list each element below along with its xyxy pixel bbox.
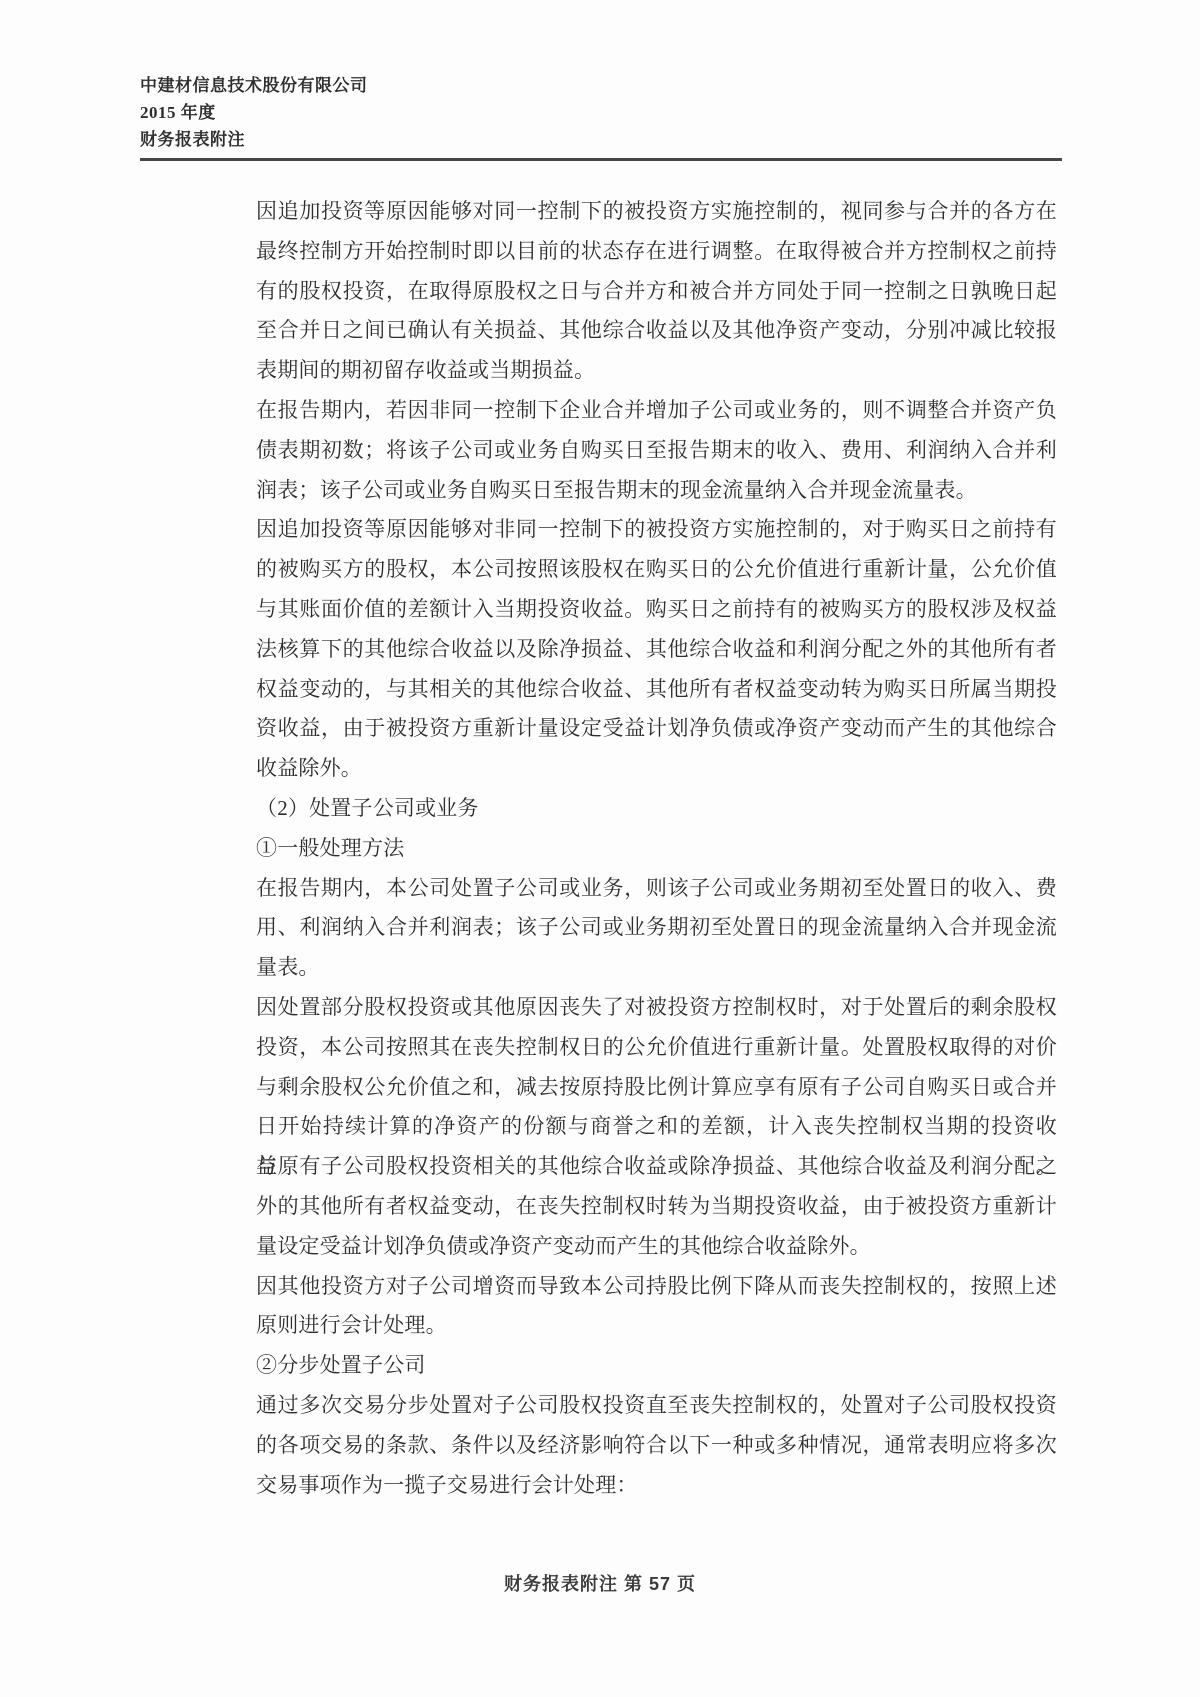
header-company-name: 中建材信息技术股份有限公司 [140, 72, 1062, 99]
body-text-line: 交易事项作为一揽子交易进行会计处理： [256, 1466, 1057, 1506]
section-heading: （2）处置子公司或业务 [256, 789, 1057, 829]
body-text-line: 因处置部分股权投资或其他原因丧失了对被投资方控制权时，对于处置后的剩余股权 [256, 988, 1057, 1028]
body-text-line: 法核算下的其他综合收益以及除净损益、其他综合收益和利润分配之外的其他所有者 [256, 630, 1057, 670]
body-text-line: 用、利润纳入合并利润表；该子公司或业务期初至处置日的现金流量纳入合并现金流 [256, 908, 1057, 948]
body-text-line: 润表；该子公司或业务自购买日至报告期末的现金流量纳入合并现金流量表。 [256, 471, 1057, 511]
body-text-line: 与原有子公司股权投资相关的其他综合收益或除净损益、其他综合收益及利润分配之 [256, 1147, 1057, 1187]
body-text-line: 日开始持续计算的净资产的份额与商誉之和的差额，计入丧失控制权当期的投资收益。 [256, 1107, 1057, 1147]
body-text-line: 投资，本公司按照其在丧失控制权日的公允价值进行重新计量。处置股权取得的对价 [256, 1028, 1057, 1068]
body-text-line: 因其他投资方对子公司增资而导致本公司持股比例下降从而丧失控制权的，按照上述 [256, 1267, 1057, 1307]
document-page: 中建材信息技术股份有限公司 2015 年度 财务报表附注 因追加投资等原因能够对… [0, 0, 1200, 1697]
body-text-line: 与其账面价值的差额计入当期投资收益。购买日之前持有的被购买方的股权涉及权益 [256, 590, 1057, 630]
body-text-line: 至合并日之间已确认有关损益、其他综合收益以及其他净资产变动，分别冲减比较报 [256, 311, 1057, 351]
header-doc-title: 财务报表附注 [140, 126, 1062, 153]
body-text-line: 因追加投资等原因能够对同一控制下的被投资方实施控制的，视同参与合并的各方在 [256, 192, 1057, 232]
body-text-line: 表期间的期初留存收益或当期损益。 [256, 351, 1057, 391]
body-text-line: 因追加投资等原因能够对非同一控制下的被投资方实施控制的，对于购买日之前持有 [256, 510, 1057, 550]
footer-page-number: 财务报表附注 第 57 页 [504, 1574, 696, 1594]
body-text-line: 有的股权投资，在取得原股权之日与合并方和被合并方同处于同一控制之日孰晚日起 [256, 272, 1057, 312]
body-text-line: 资收益，由于被投资方重新计量设定受益计划净负债或净资产变动而产生的其他综合 [256, 709, 1057, 749]
body-text-line: 权益变动的，与其相关的其他综合收益、其他所有者权益变动转为购买日所属当期投 [256, 670, 1057, 710]
body-text-line: 与剩余股权公允价值之和，减去按原持股比例计算应享有原有子公司自购买日或合并 [256, 1068, 1057, 1108]
body-text-line: 量表。 [256, 948, 1057, 988]
body-text-line: 原则进行会计处理。 [256, 1306, 1057, 1346]
section-heading: ②分步处置子公司 [256, 1346, 1057, 1386]
section-heading: ①一般处理方法 [256, 829, 1057, 869]
body-text-line: 的各项交易的条款、条件以及经济影响符合以下一种或多种情况，通常表明应将多次 [256, 1426, 1057, 1466]
body-text-line: 债表期初数；将该子公司或业务自购买日至报告期末的收入、费用、利润纳入合并利 [256, 431, 1057, 471]
body-text-line: 收益除外。 [256, 749, 1057, 789]
body-text-line: 在报告期内，若因非同一控制下企业合并增加子公司或业务的，则不调整合并资产负 [256, 391, 1057, 431]
document-body: 因追加投资等原因能够对同一控制下的被投资方实施控制的，视同参与合并的各方在最终控… [256, 192, 1057, 1505]
body-text-line: 量设定受益计划净负债或净资产变动而产生的其他综合收益除外。 [256, 1227, 1057, 1267]
body-text-line: 在报告期内，本公司处置子公司或业务，则该子公司或业务期初至处置日的收入、费 [256, 869, 1057, 909]
body-text-line: 最终控制方开始控制时即以目前的状态存在进行调整。在取得被合并方控制权之前持 [256, 232, 1057, 272]
header-divider-rule [140, 158, 1062, 161]
header-fiscal-year: 2015 年度 [140, 99, 1062, 126]
page-footer: 财务报表附注 第 57 页 [0, 1570, 1200, 1596]
body-text-line: 外的其他所有者权益变动，在丧失控制权时转为当期投资收益，由于被投资方重新计 [256, 1187, 1057, 1227]
body-text-line: 通过多次交易分步处置对子公司股权投资直至丧失控制权的，处置对子公司股权投资 [256, 1386, 1057, 1426]
body-text-line: 的被购买方的股权，本公司按照该股权在购买日的公允价值进行重新计量，公允价值 [256, 550, 1057, 590]
page-header: 中建材信息技术股份有限公司 2015 年度 财务报表附注 [140, 72, 1062, 153]
